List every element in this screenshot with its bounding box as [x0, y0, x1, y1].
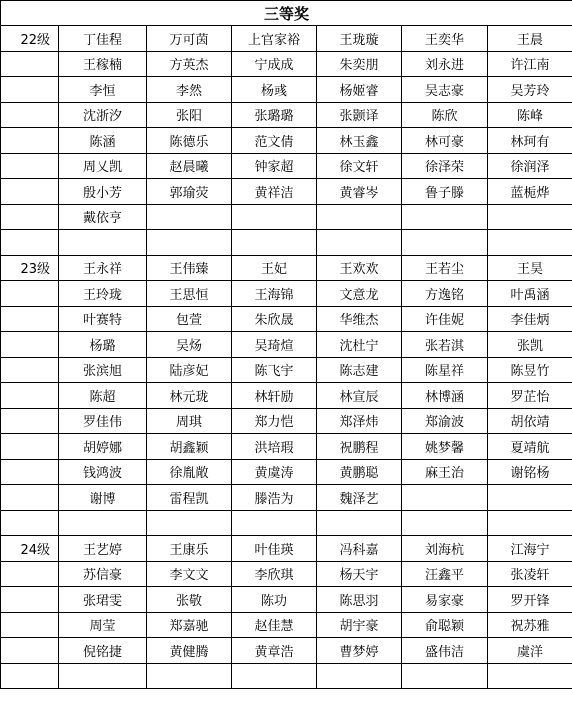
- name-cell: 许佳妮: [402, 306, 488, 332]
- name-cell: [232, 663, 317, 689]
- name-cell: 范文倩: [232, 128, 317, 154]
- table-row: 殷小芳郭瑜荧黄祥洁黄睿岑鲁子滕蓝栀烨: [1, 179, 572, 205]
- name-cell: 戴依亨: [59, 204, 147, 230]
- name-cell: 夏靖航: [488, 434, 572, 460]
- award-table: 三等奖 22级丁佳程万可茵上官家裕王珑璇王奕华王晨王稼楠方英杰宁成成朱奕朋刘永进…: [0, 0, 572, 689]
- name-cell: 蓝栀烨: [488, 179, 572, 205]
- name-cell: 王奕华: [402, 26, 488, 52]
- name-cell: 朱奕朋: [317, 51, 402, 77]
- name-cell: 林宣辰: [317, 383, 402, 409]
- name-cell: 沈杜宁: [317, 332, 402, 358]
- table-row: 张滨旭陆彦妃陈飞宇陈志建陈星祥陈昱竹: [1, 357, 572, 383]
- name-cell: 朱欣晟: [232, 306, 317, 332]
- table-row: 谢博雷程凯滕浩为魏泽艺: [1, 485, 572, 511]
- grade-cell: [1, 383, 59, 409]
- name-cell: 郭瑜荧: [147, 179, 232, 205]
- name-cell: [317, 510, 402, 536]
- name-cell: 洪培瑕: [232, 434, 317, 460]
- grade-cell: [1, 612, 59, 638]
- grade-cell: [1, 102, 59, 128]
- grade-cell: [1, 204, 59, 230]
- name-cell: 杨璐: [59, 332, 147, 358]
- name-cell: 陈涵: [59, 128, 147, 154]
- name-cell: 陈功: [232, 587, 317, 613]
- name-cell: 杨天宇: [317, 561, 402, 587]
- name-cell: 苏信豪: [59, 561, 147, 587]
- name-cell: 黄鹏聪: [317, 459, 402, 485]
- name-cell: 陆彦妃: [147, 357, 232, 383]
- grade-cell: [1, 587, 59, 613]
- grade-cell: [1, 459, 59, 485]
- table-row: 22级丁佳程万可茵上官家裕王珑璇王奕华王晨: [1, 26, 572, 52]
- name-cell: 麻王治: [402, 459, 488, 485]
- table-row: [1, 663, 572, 689]
- name-cell: 王思恒: [147, 281, 232, 307]
- name-cell: [488, 230, 572, 256]
- grade-cell: [1, 357, 59, 383]
- title-row: 三等奖: [1, 1, 572, 26]
- name-cell: 万可茵: [147, 26, 232, 52]
- name-cell: 张敬: [147, 587, 232, 613]
- name-cell: 王妃: [232, 255, 317, 281]
- name-cell: [317, 663, 402, 689]
- grade-cell: [1, 306, 59, 332]
- name-cell: [232, 204, 317, 230]
- name-cell: 赵晨曦: [147, 153, 232, 179]
- name-cell: 谢博: [59, 485, 147, 511]
- name-cell: 吴芳玲: [488, 77, 572, 103]
- name-cell: [59, 230, 147, 256]
- table-row: 倪铭捷黄健腾黄章浩曹梦婷盛伟洁虞洋: [1, 638, 572, 664]
- name-cell: 陈德乐: [147, 128, 232, 154]
- name-cell: 祝鹏程: [317, 434, 402, 460]
- name-cell: [232, 230, 317, 256]
- name-cell: 周琪: [147, 408, 232, 434]
- name-cell: 周乂凯: [59, 153, 147, 179]
- name-cell: 徐文轩: [317, 153, 402, 179]
- name-cell: [488, 510, 572, 536]
- name-cell: 刘海杭: [402, 536, 488, 562]
- grade-cell: [1, 510, 59, 536]
- table-row: 李恒李然杨彧杨姬睿吴志豪吴芳玲: [1, 77, 572, 103]
- name-cell: 钟家超: [232, 153, 317, 179]
- name-cell: 陈星祥: [402, 357, 488, 383]
- grade-cell: [1, 281, 59, 307]
- name-cell: 冯科嘉: [317, 536, 402, 562]
- name-cell: [147, 204, 232, 230]
- table-title: 三等奖: [1, 1, 572, 26]
- name-cell: 曹梦婷: [317, 638, 402, 664]
- name-cell: [147, 230, 232, 256]
- name-cell: 王永祥: [59, 255, 147, 281]
- name-cell: 江海宁: [488, 536, 572, 562]
- name-cell: 杨姬睿: [317, 77, 402, 103]
- name-cell: 王玲珑: [59, 281, 147, 307]
- name-cell: 杨彧: [232, 77, 317, 103]
- name-cell: 谢铭杨: [488, 459, 572, 485]
- grade-cell: [1, 434, 59, 460]
- table-row: 罗佳伟周琪郑力恺郑泽炜郑渝波胡依靖: [1, 408, 572, 434]
- grade-cell: [1, 663, 59, 689]
- table-row: 叶赛特包萱朱欣晟华维杰许佳妮李佳炳: [1, 306, 572, 332]
- name-cell: 殷小芳: [59, 179, 147, 205]
- name-cell: [402, 510, 488, 536]
- name-cell: 刘永进: [402, 51, 488, 77]
- table-row: 苏信豪李文文李欣琪杨天宇汪鑫平张凌轩: [1, 561, 572, 587]
- name-cell: 郑嘉驰: [147, 612, 232, 638]
- name-cell: 李佳炳: [488, 306, 572, 332]
- name-cell: [402, 663, 488, 689]
- name-cell: 盛伟洁: [402, 638, 488, 664]
- grade-cell: [1, 128, 59, 154]
- name-cell: 魏泽艺: [317, 485, 402, 511]
- name-cell: 黄虞涛: [232, 459, 317, 485]
- name-cell: 张滨旭: [59, 357, 147, 383]
- name-cell: 罗芷怡: [488, 383, 572, 409]
- name-cell: 王珑璇: [317, 26, 402, 52]
- name-cell: 李然: [147, 77, 232, 103]
- name-cell: 郑渝波: [402, 408, 488, 434]
- table-row: 杨璐吴炀吴琦煊沈杜宁张若淇张凯: [1, 332, 572, 358]
- table-row: 王玲珑王思恒王海锦文意龙方逸铭叶禹涵: [1, 281, 572, 307]
- name-cell: 鲁子滕: [402, 179, 488, 205]
- name-cell: 张颢译: [317, 102, 402, 128]
- name-cell: 林玉鑫: [317, 128, 402, 154]
- name-cell: 林珂有: [488, 128, 572, 154]
- name-cell: 陈思羽: [317, 587, 402, 613]
- grade-cell: [1, 332, 59, 358]
- name-cell: 徐泽荣: [402, 153, 488, 179]
- table-row: 张珺雯张敬陈功陈思羽易家豪罗开锋: [1, 587, 572, 613]
- table-row: [1, 510, 572, 536]
- name-cell: 林可豪: [402, 128, 488, 154]
- table-row: 王稼楠方英杰宁成成朱奕朋刘永进许江南: [1, 51, 572, 77]
- table-row: 23级王永祥王伟臻王妃王欢欢王若尘王昊: [1, 255, 572, 281]
- name-cell: 雷程凯: [147, 485, 232, 511]
- grade-label: 23级: [1, 255, 59, 281]
- grade-cell: [1, 638, 59, 664]
- name-cell: 包萱: [147, 306, 232, 332]
- name-cell: 宁成成: [232, 51, 317, 77]
- name-cell: 华维杰: [317, 306, 402, 332]
- table-row: 沈浙汐张阳张璐璐张颢译陈欣陈峰: [1, 102, 572, 128]
- name-cell: 胡婷娜: [59, 434, 147, 460]
- name-cell: 许江南: [488, 51, 572, 77]
- name-cell: 罗开锋: [488, 587, 572, 613]
- table-row: 胡婷娜胡鑫颖洪培瑕祝鹏程姚梦馨夏靖航: [1, 434, 572, 460]
- name-cell: 李恒: [59, 77, 147, 103]
- name-cell: 陈峰: [488, 102, 572, 128]
- name-cell: 吴琦煊: [232, 332, 317, 358]
- name-cell: 胡鑫颖: [147, 434, 232, 460]
- name-cell: 黄健腾: [147, 638, 232, 664]
- table-row: 周莹郑嘉驰赵佳慧胡宇豪俞聪颖祝苏雅: [1, 612, 572, 638]
- table-row: 陈涵陈德乐范文倩林玉鑫林可豪林珂有: [1, 128, 572, 154]
- name-cell: 王康乐: [147, 536, 232, 562]
- name-cell: 张凯: [488, 332, 572, 358]
- name-cell: 王伟臻: [147, 255, 232, 281]
- name-cell: 陈飞宇: [232, 357, 317, 383]
- table-row: 钱鸿波徐胤敞黄虞涛黄鹏聪麻王治谢铭杨: [1, 459, 572, 485]
- grade-label: 22级: [1, 26, 59, 52]
- name-cell: 吴志豪: [402, 77, 488, 103]
- name-cell: 王若尘: [402, 255, 488, 281]
- grade-cell: [1, 485, 59, 511]
- name-cell: 张凌轩: [488, 561, 572, 587]
- table-row: [1, 230, 572, 256]
- name-cell: 郑力恺: [232, 408, 317, 434]
- name-cell: [59, 510, 147, 536]
- table-row: 戴依亨: [1, 204, 572, 230]
- name-cell: [147, 510, 232, 536]
- name-cell: 张阳: [147, 102, 232, 128]
- name-cell: 俞聪颖: [402, 612, 488, 638]
- grade-cell: [1, 153, 59, 179]
- name-cell: [147, 663, 232, 689]
- name-cell: 方英杰: [147, 51, 232, 77]
- name-cell: 王欢欢: [317, 255, 402, 281]
- name-cell: [402, 485, 488, 511]
- name-cell: 张璐璐: [232, 102, 317, 128]
- name-cell: 丁佳程: [59, 26, 147, 52]
- name-cell: 郑泽炜: [317, 408, 402, 434]
- grade-cell: [1, 179, 59, 205]
- name-cell: 陈欣: [402, 102, 488, 128]
- name-cell: [488, 204, 572, 230]
- name-cell: 黄睿岑: [317, 179, 402, 205]
- grade-cell: [1, 408, 59, 434]
- grade-cell: [1, 51, 59, 77]
- name-cell: 叶赛特: [59, 306, 147, 332]
- name-cell: [402, 230, 488, 256]
- name-cell: 祝苏雅: [488, 612, 572, 638]
- table-row: 24级王艺婷王康乐叶佳瑛冯科嘉刘海杭江海宁: [1, 536, 572, 562]
- name-cell: 陈志建: [317, 357, 402, 383]
- name-cell: 罗佳伟: [59, 408, 147, 434]
- name-cell: [488, 663, 572, 689]
- name-cell: 倪铭捷: [59, 638, 147, 664]
- name-cell: 王稼楠: [59, 51, 147, 77]
- name-cell: 叶禹涵: [488, 281, 572, 307]
- table-row: 陈超林元珑林轩励林宣辰林博涵罗芷怡: [1, 383, 572, 409]
- name-cell: 黄祥洁: [232, 179, 317, 205]
- name-cell: 李文文: [147, 561, 232, 587]
- name-cell: [232, 510, 317, 536]
- name-cell: 方逸铭: [402, 281, 488, 307]
- grade-cell: [1, 230, 59, 256]
- name-cell: 林元珑: [147, 383, 232, 409]
- name-cell: 钱鸿波: [59, 459, 147, 485]
- name-cell: 胡宇豪: [317, 612, 402, 638]
- grade-cell: [1, 561, 59, 587]
- name-cell: 叶佳瑛: [232, 536, 317, 562]
- name-cell: 虞洋: [488, 638, 572, 664]
- name-cell: 林博涵: [402, 383, 488, 409]
- grade-label: 24级: [1, 536, 59, 562]
- name-cell: 上官家裕: [232, 26, 317, 52]
- name-cell: 徐胤敞: [147, 459, 232, 485]
- name-cell: 赵佳慧: [232, 612, 317, 638]
- name-cell: 黄章浩: [232, 638, 317, 664]
- name-cell: 吴炀: [147, 332, 232, 358]
- name-cell: [317, 204, 402, 230]
- name-cell: 陈昱竹: [488, 357, 572, 383]
- name-cell: 胡依靖: [488, 408, 572, 434]
- name-cell: 汪鑫平: [402, 561, 488, 587]
- table-row: 周乂凯赵晨曦钟家超徐文轩徐泽荣徐润泽: [1, 153, 572, 179]
- name-cell: 沈浙汐: [59, 102, 147, 128]
- name-cell: 王艺婷: [59, 536, 147, 562]
- name-cell: 林轩励: [232, 383, 317, 409]
- name-cell: 滕浩为: [232, 485, 317, 511]
- name-cell: [402, 204, 488, 230]
- name-cell: 陈超: [59, 383, 147, 409]
- name-cell: 王昊: [488, 255, 572, 281]
- name-cell: 李欣琪: [232, 561, 317, 587]
- name-cell: 文意龙: [317, 281, 402, 307]
- name-cell: 周莹: [59, 612, 147, 638]
- name-cell: [317, 230, 402, 256]
- name-cell: 张珺雯: [59, 587, 147, 613]
- name-cell: [59, 663, 147, 689]
- name-cell: 王晨: [488, 26, 572, 52]
- name-cell: 易家豪: [402, 587, 488, 613]
- name-cell: 姚梦馨: [402, 434, 488, 460]
- name-cell: 张若淇: [402, 332, 488, 358]
- name-cell: 王海锦: [232, 281, 317, 307]
- grade-cell: [1, 77, 59, 103]
- name-cell: 徐润泽: [488, 153, 572, 179]
- name-cell: [488, 485, 572, 511]
